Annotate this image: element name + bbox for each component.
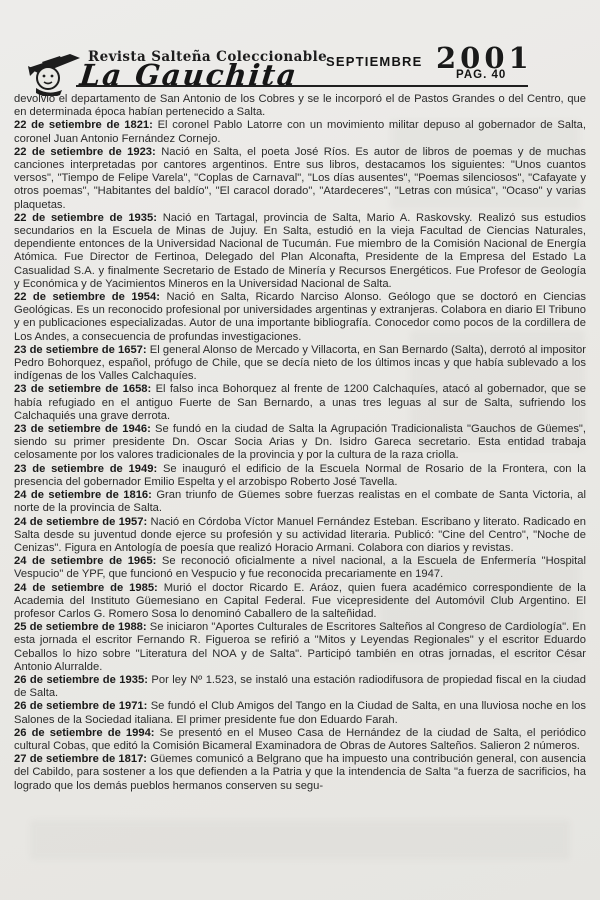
entry-date: 25 de setiembre de 1988: bbox=[14, 621, 150, 633]
entry-date: 27 de setiembre de 1817: bbox=[14, 753, 150, 765]
ephemeris-entry: 24 de setiembre de 1816: Gran triunfo de… bbox=[14, 489, 586, 515]
issue-month: SEPTIEMBRE bbox=[326, 54, 423, 69]
ephemeris-entries: 22 de setiembre de 1821: El coronel Pabl… bbox=[14, 119, 586, 792]
entry-date: 24 de setiembre de 1965: bbox=[14, 555, 162, 567]
entry-date: 22 de setiembre de 1923: bbox=[14, 146, 161, 158]
ephemeris-entry: 24 de setiembre de 1957: Nació en Córdob… bbox=[14, 516, 586, 556]
ephemeris-entry: 22 de setiembre de 1954: Nació en Salta,… bbox=[14, 291, 586, 344]
ephemeris-entry: 23 de setiembre de 1658: El falso inca B… bbox=[14, 383, 586, 423]
entry-date: 24 de setiembre de 1985: bbox=[14, 582, 164, 594]
entry-date: 26 de setiembre de 1971: bbox=[14, 700, 151, 712]
ephemerides-text: devolvió el departamento de San Antonio … bbox=[14, 93, 586, 793]
entry-date: 22 de setiembre de 1935: bbox=[14, 212, 163, 224]
ephemeris-entry: 23 de setiembre de 1946: Se fundó en la … bbox=[14, 423, 586, 463]
ephemeris-entry: 26 de setiembre de 1971: Se fundó el Clu… bbox=[14, 700, 586, 726]
ephemeris-entry: 23 de setiembre de 1657: El general Alon… bbox=[14, 344, 586, 384]
entry-date: 22 de setiembre de 1954: bbox=[14, 291, 166, 303]
entry-date: 23 de setiembre de 1946: bbox=[14, 423, 155, 435]
ephemeris-entry: 22 de setiembre de 1923: Nació en Salta,… bbox=[14, 146, 586, 212]
entry-date: 24 de setiembre de 1957: bbox=[14, 516, 151, 528]
continuation-paragraph: devolvió el departamento de San Antonio … bbox=[14, 93, 586, 119]
ephemeris-entry: 23 de setiembre de 1949: Se inauguró el … bbox=[14, 463, 586, 489]
entry-date: 24 de setiembre de 1816: bbox=[14, 489, 156, 501]
magazine-page: Revista Salteña Coleccionable La Gauchit… bbox=[0, 0, 600, 900]
ephemeris-entry: 22 de setiembre de 1935: Nació en Tartag… bbox=[14, 212, 586, 291]
page-number: PAG. 40 bbox=[456, 69, 506, 81]
entry-date: 23 de setiembre de 1658: bbox=[14, 383, 156, 395]
ephemeris-entry: 22 de setiembre de 1821: El coronel Pabl… bbox=[14, 119, 586, 145]
entry-date: 26 de setiembre de 1994: bbox=[14, 727, 160, 739]
gaucho-face-icon bbox=[26, 52, 82, 96]
entry-date: 23 de setiembre de 1949: bbox=[14, 463, 163, 475]
entry-date: 26 de setiembre de 1935: bbox=[14, 674, 151, 686]
ephemeris-entry: 25 de setiembre de 1988: Se iniciaron "A… bbox=[14, 621, 586, 674]
entry-date: 22 de setiembre de 1821: bbox=[14, 119, 158, 131]
ephemeris-entry: 27 de setiembre de 1817: Güemes comunicó… bbox=[14, 753, 586, 793]
header-divider bbox=[76, 85, 528, 87]
scan-artifact bbox=[30, 820, 570, 860]
ephemeris-entry: 24 de setiembre de 1965: Se reconoció of… bbox=[14, 555, 586, 581]
ephemeris-entry: 26 de setiembre de 1994: Se presentó en … bbox=[14, 727, 586, 753]
entry-date: 23 de setiembre de 1657: bbox=[14, 344, 150, 356]
page-header: Revista Salteña Coleccionable La Gauchit… bbox=[0, 0, 600, 95]
ephemeris-entry: 24 de setiembre de 1985: Murió el doctor… bbox=[14, 582, 586, 622]
ephemeris-entry: 26 de setiembre de 1935: Por ley Nº 1.52… bbox=[14, 674, 586, 700]
